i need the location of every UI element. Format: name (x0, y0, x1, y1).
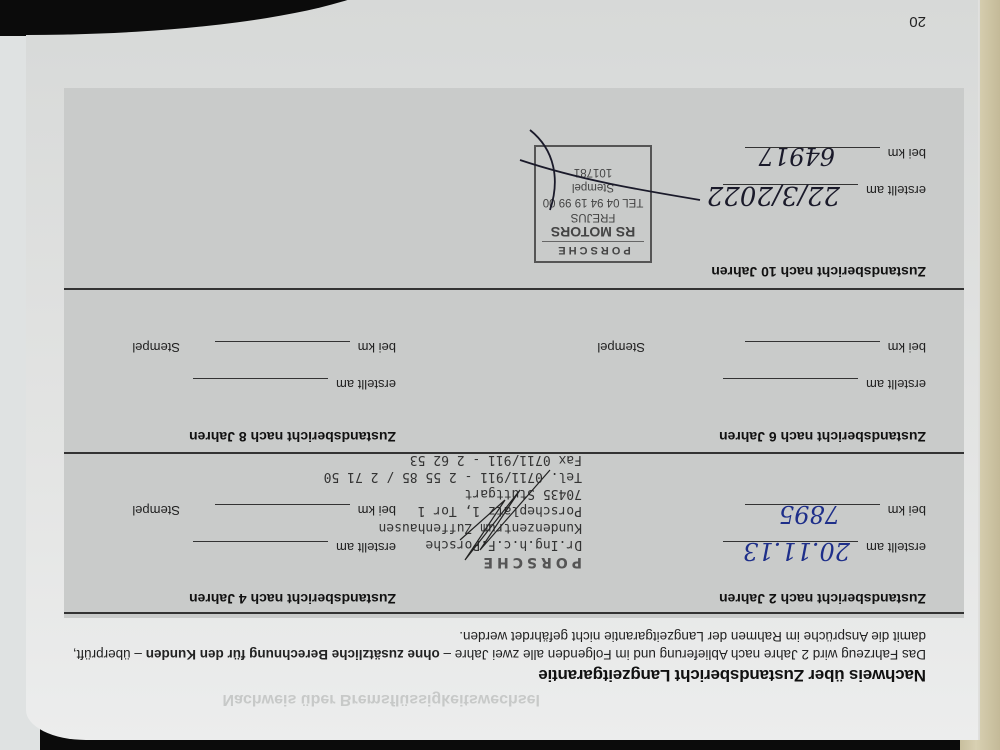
field-label: bei km (358, 503, 396, 518)
stamp-label: Stempel (597, 340, 645, 355)
created-on-field-4y[interactable]: erstellt am (193, 540, 396, 555)
section-heading: Zustandsbericht nach 8 Jahren (189, 429, 396, 445)
bleed-through-text: Nachweis über Bremsflüssigkeitswechsel (223, 690, 540, 708)
field-label: bei km (888, 503, 926, 518)
handwritten-date-10y: 22/3/2022 (707, 180, 840, 210)
porsche-logo: PORSCHE (542, 241, 644, 257)
field-label: bei km (888, 146, 926, 161)
section-10-years: Zustandsbericht nach 10 Jahren (711, 264, 926, 280)
field-label: bei km (888, 340, 926, 355)
stamp-label: Stempel (132, 503, 180, 518)
created-on-field-6y[interactable]: erstellt am (723, 377, 926, 392)
field-label: erstellt am (336, 540, 396, 555)
field-label: erstellt am (866, 183, 926, 198)
km-field-6y[interactable]: bei km (745, 340, 926, 355)
page-number: 20 (909, 13, 926, 30)
page-title: Nachweis über Zustandsbericht Langzeitga… (538, 665, 926, 685)
field-label: erstellt am (336, 377, 396, 392)
field-label: bei km (358, 340, 396, 355)
field-label: erstellt am (866, 377, 926, 392)
field-label: erstellt am (866, 540, 926, 555)
section-heading: Zustandsbericht nach 2 Jahren (719, 591, 926, 607)
section-6-years: Zustandsbericht nach 6 Jahren (719, 429, 926, 445)
section-2-years: Zustandsbericht nach 2 Jahren (719, 591, 926, 607)
section-heading: Zustandsbericht nach 6 Jahren (719, 429, 926, 445)
handwritten-km-10y: 64917 (759, 142, 835, 170)
handwritten-date-2y: 20.11.13 (743, 537, 850, 565)
stamp-label: Stempel (132, 340, 180, 355)
divider (64, 288, 964, 290)
divider (64, 612, 964, 614)
created-on-field-8y[interactable]: erstellt am (193, 377, 396, 392)
section-8-years: Zustandsbericht nach 8 Jahren (189, 429, 396, 445)
intro-paragraph: Das Fahrzeug wird 2 Jahre nach Ablieferu… (46, 627, 926, 663)
km-field-4y[interactable]: bei km (215, 503, 396, 518)
section-heading: Zustandsbericht nach 10 Jahren (711, 264, 926, 280)
intro-text-1: Das Fahrzeug wird 2 Jahre nach Ablieferu… (440, 647, 926, 662)
signature-10y (500, 110, 700, 230)
signature-2y (440, 450, 560, 570)
handwritten-km-2y: 7895 (779, 500, 840, 528)
section-4-years: Zustandsbericht nach 4 Jahren (189, 591, 396, 607)
intro-text-bold: ohne zusätzliche Berechnung für den Kund… (146, 647, 440, 662)
printed-content-upside-down: Nachweis über Bremsflüssigkeitswechsel N… (0, 0, 1000, 750)
section-heading: Zustandsbericht nach 4 Jahren (189, 591, 396, 607)
km-field-8y[interactable]: bei km (215, 340, 396, 355)
